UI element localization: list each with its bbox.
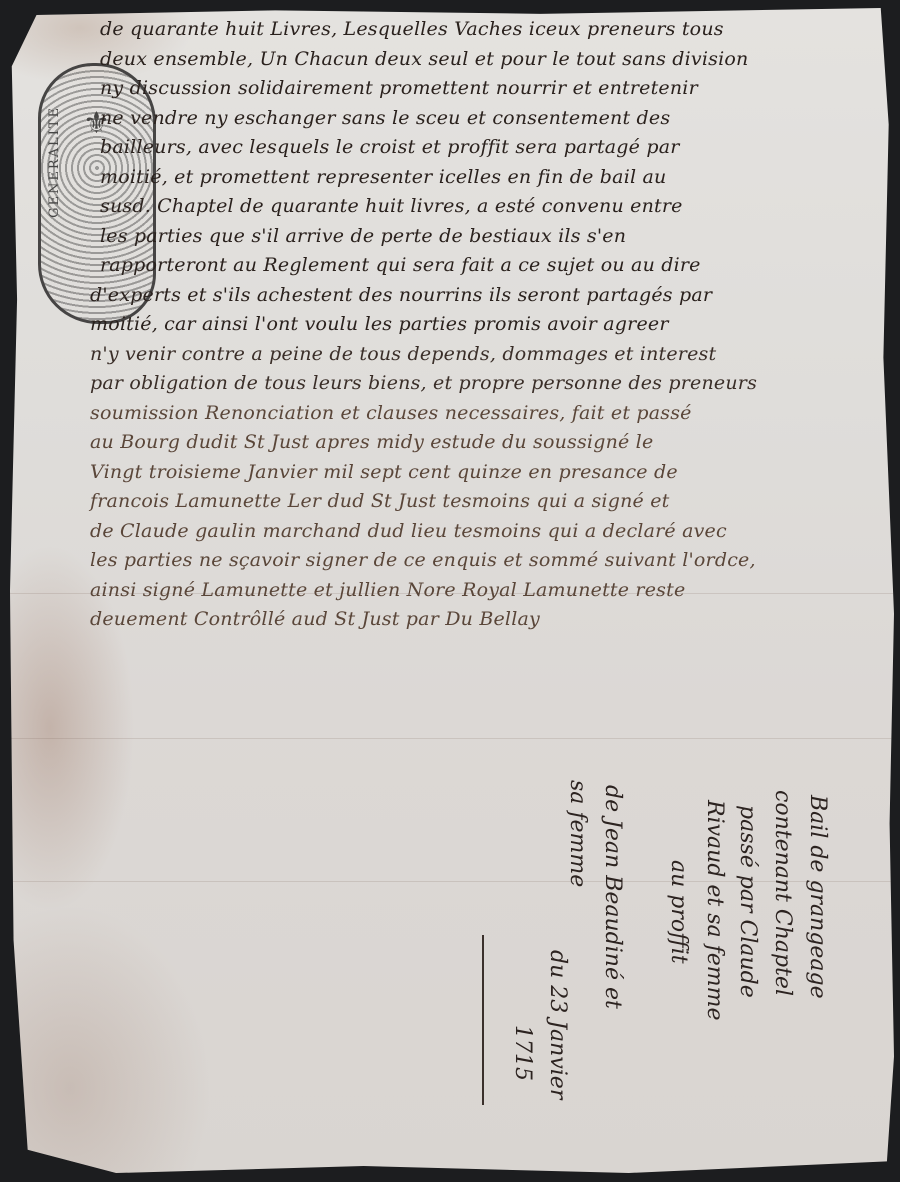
endorsement-line: Bail de grangeage (805, 795, 830, 999)
body-line: susd. Chaptel de quarante huit livres, a… (100, 195, 890, 225)
body-line: d'experts et s'ils achestent des nourrin… (90, 284, 890, 314)
body-line: deuement Contrôllé aud St Just par Du Be… (90, 608, 890, 638)
body-line: bailleurs, avec lesquels le croist et pr… (100, 136, 890, 166)
body-line: ne vendre ny eschanger sans le sceu et c… (100, 107, 890, 137)
endorsement-line: au proffit (666, 860, 691, 964)
body-line: au Bourg dudit St Just apres midy estude… (90, 431, 890, 461)
body-line: les parties ne sçavoir signer de ce enqu… (90, 549, 890, 579)
body-line: ainsi signé Lamunette et jullien Nore Ro… (90, 579, 890, 609)
endorsement-line: passé par Claude (735, 805, 760, 998)
body-line: n'y venir contre a peine de tous depends… (90, 343, 890, 373)
endorsement-year: 1715 (510, 1025, 535, 1081)
body-line: deux ensemble, Un Chacun deux seul et po… (100, 48, 890, 78)
body-line: de quarante huit Livres, Lesquelles Vach… (100, 18, 890, 48)
body-line: soumission Renonciation et clauses neces… (90, 402, 890, 432)
body-line: par obligation de tous leurs biens, et p… (90, 372, 890, 402)
endorsement: Bail de grangeage contenant Chaptel pass… (480, 760, 860, 1140)
stamp-label: GENERALITE (47, 106, 62, 218)
endorsement-line: sa femme (565, 780, 590, 887)
body-line: rapporteront au Reglement qui sera fait … (100, 254, 890, 284)
deed-body: de quarante huit Livres, Lesquelles Vach… (100, 18, 890, 638)
endorsement-line: Rivaud et sa femme (702, 800, 727, 1021)
body-line: Vingt troisieme Janvier mil sept cent qu… (90, 461, 890, 491)
body-line: moitié, car ainsi l'ont voulu les partie… (90, 313, 890, 343)
body-line: moitié, et promettent representer icelle… (100, 166, 890, 196)
body-line: les parties que s'il arrive de perte de … (100, 225, 890, 255)
endorsement-date: du 23 Janvier (545, 950, 570, 1099)
body-line: de Claude gaulin marchand dud lieu tesmo… (90, 520, 890, 550)
endorsement-line: de Jean Beaudiné et (600, 785, 625, 1009)
fold-crease (10, 738, 894, 739)
body-line: ny discussion solidairement promettent n… (100, 77, 890, 107)
endorsement-line: contenant Chaptel (770, 790, 795, 996)
body-line: francois Lamunette Ler dud St Just tesmo… (90, 490, 890, 520)
